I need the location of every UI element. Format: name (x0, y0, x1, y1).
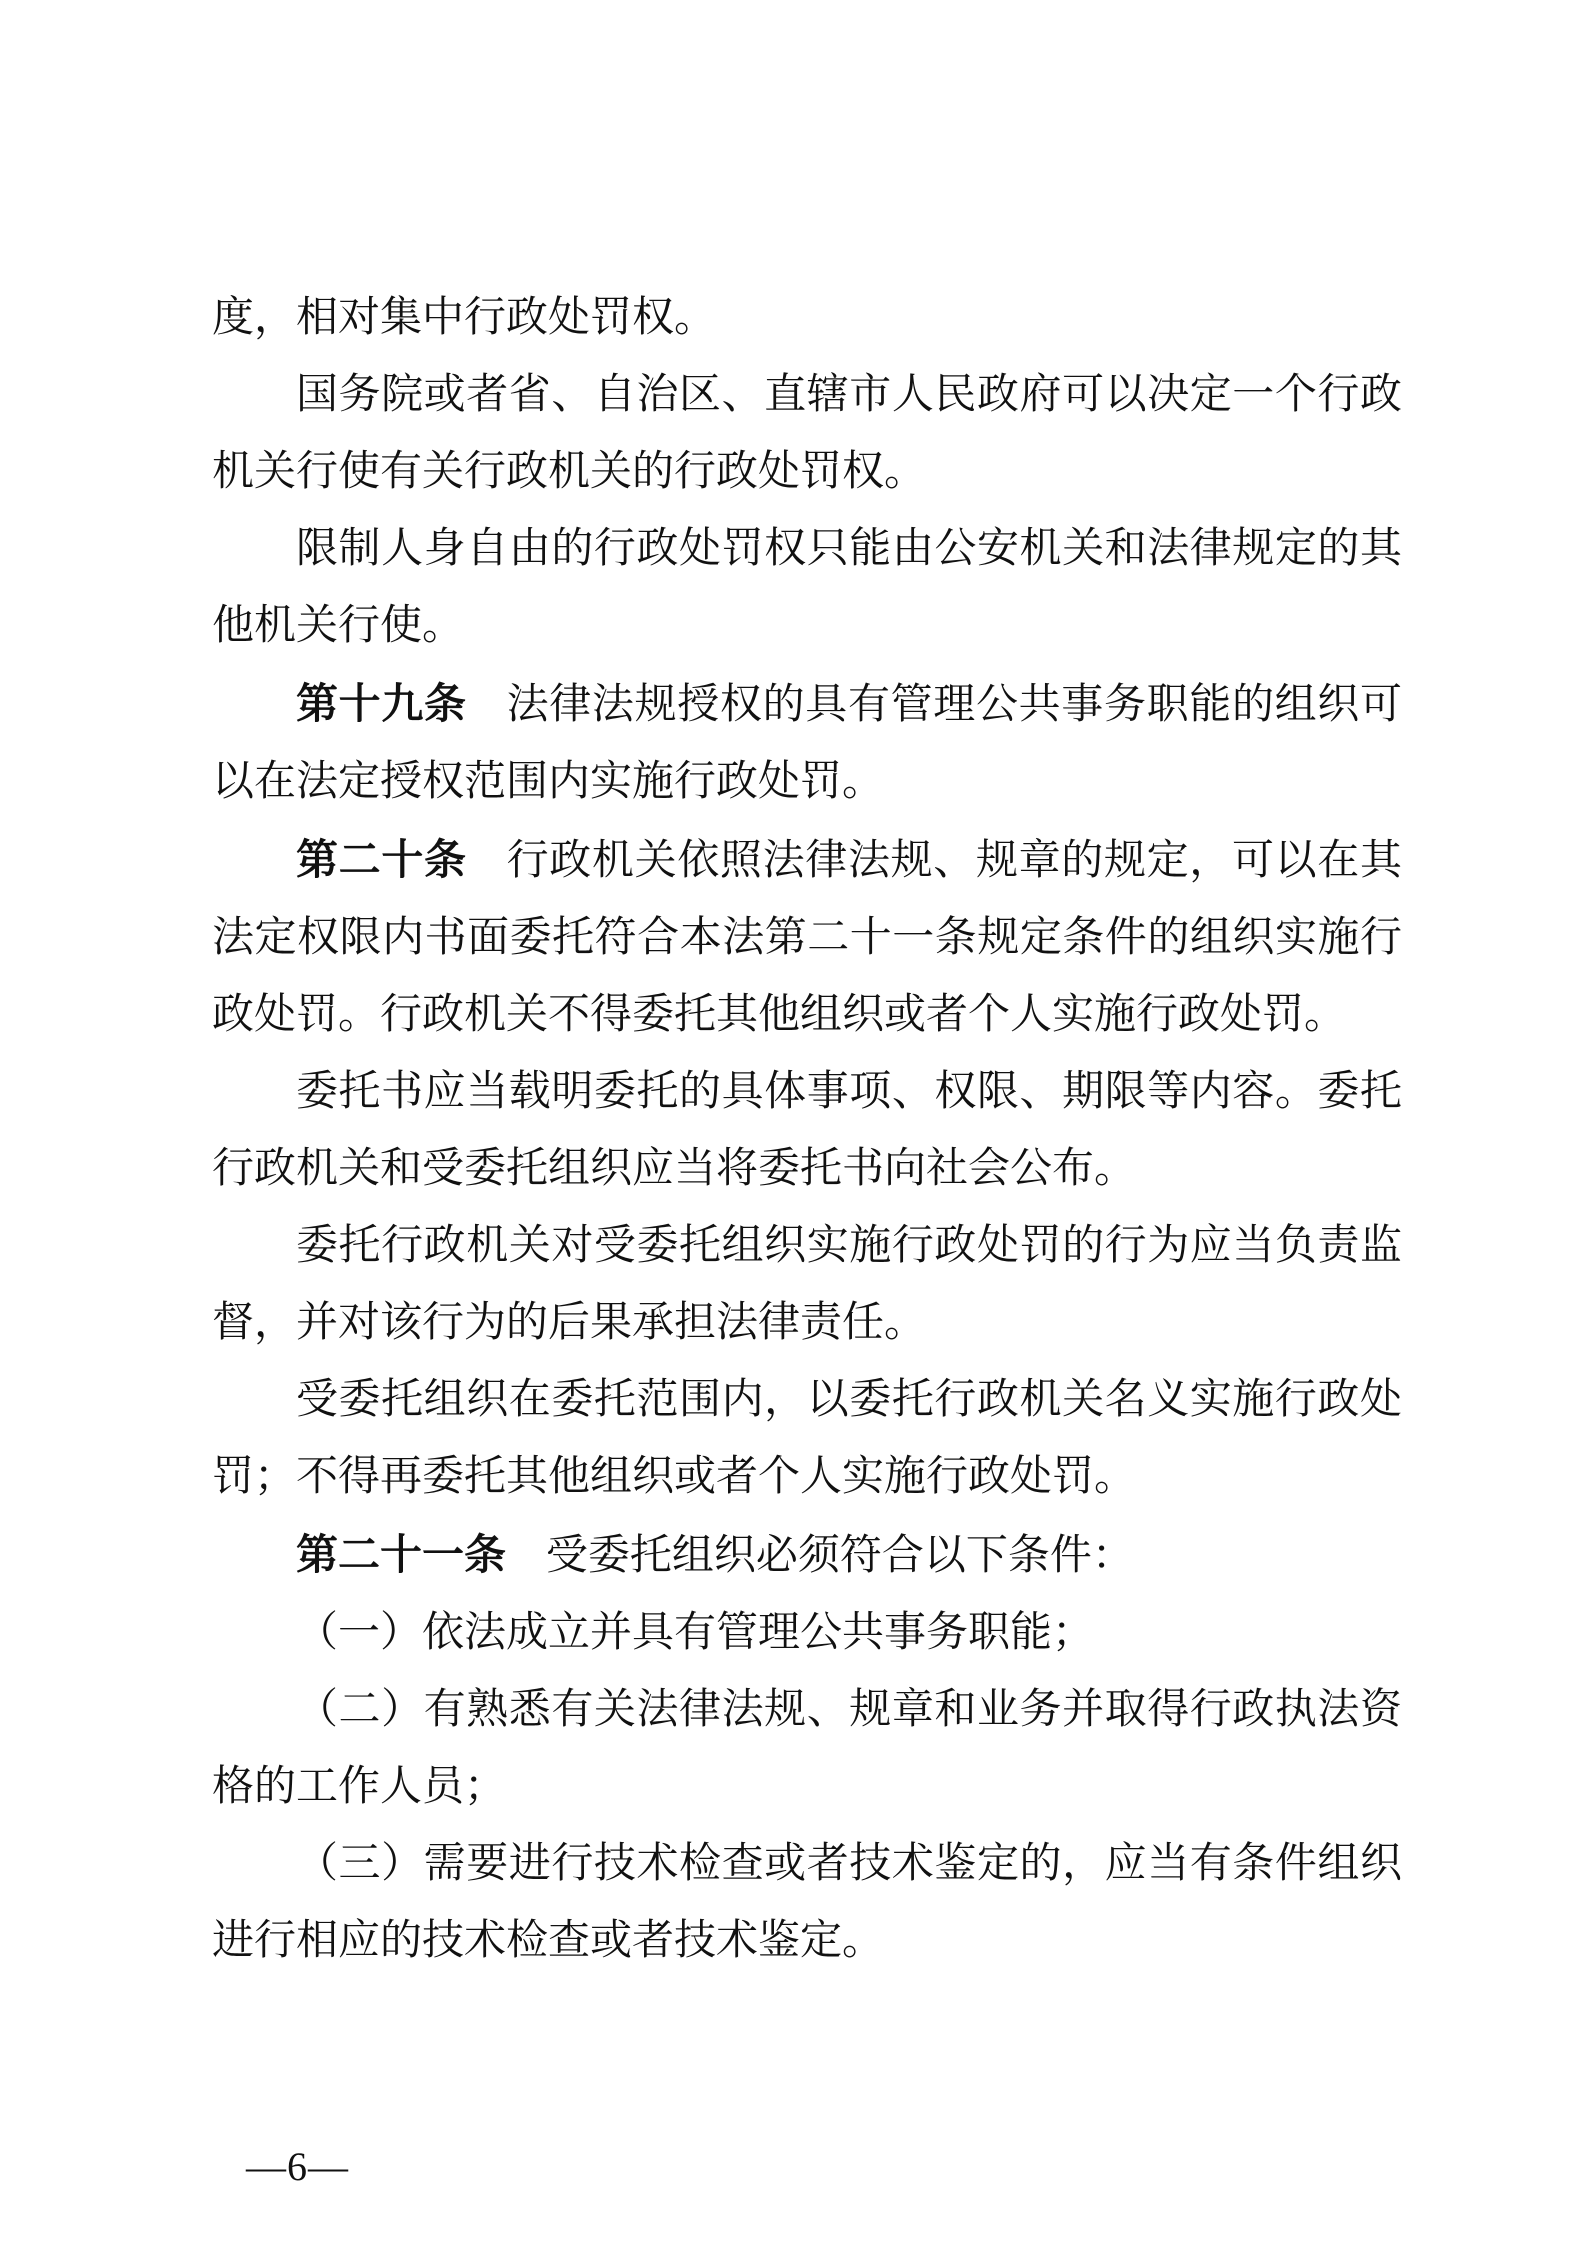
paragraph-article-19: 第十九条法律法规授权的具有管理公共事务职能的组织可以在法定授权范围内实施行政处罚… (212, 665, 1402, 821)
paragraph-text: （一）依法成立并具有管理公共事务职能； (296, 1610, 1094, 1656)
paragraph-text: （三）需要进行技术检查或者技术鉴定的，应当有条件组织进行相应的技术检查或者技术鉴… (212, 1841, 1402, 1964)
paragraph: 国务院或者省、自治区、直辖市人民政府可以决定一个行政机关行使有关行政机关的行政处… (212, 357, 1402, 511)
paragraph-list-item-3: （三）需要进行技术检查或者技术鉴定的，应当有条件组织进行相应的技术检查或者技术鉴… (212, 1826, 1402, 1980)
article-number: 第二十条 (296, 836, 467, 883)
article-number: 第十九条 (296, 680, 467, 727)
paragraph-list-item-2: （二）有熟悉有关法律法规、规章和业务并取得行政执法资格的工作人员； (212, 1672, 1402, 1826)
document-page: 度，相对集中行政处罚权。 国务院或者省、自治区、直辖市人民政府可以决定一个行政机… (0, 0, 1587, 2245)
paragraph: 受委托组织在委托范围内，以委托行政机关名义实施行政处罚；不得再委托其他组织或者个… (212, 1362, 1402, 1516)
document-body: 度，相对集中行政处罚权。 国务院或者省、自治区、直辖市人民政府可以决定一个行政机… (212, 280, 1402, 1980)
page-footer: —6— (246, 2137, 349, 2197)
paragraph-article-20: 第二十条行政机关依照法律法规、规章的规定，可以在其法定权限内书面委托符合本法第二… (212, 821, 1402, 1054)
paragraph-text: 受委托组织在委托范围内，以委托行政机关名义实施行政处罚；不得再委托其他组织或者个… (212, 1377, 1402, 1500)
paragraph-article-21: 第二十一条受委托组织必须符合以下条件： (212, 1516, 1402, 1595)
paragraph-text: 委托行政机关对受委托组织实施行政处罚的行为应当负责监督，并对该行为的后果承担法律… (212, 1223, 1402, 1346)
article-number: 第二十一条 (296, 1531, 506, 1578)
paragraph-text: 受委托组织必须符合以下条件： (546, 1533, 1134, 1579)
paragraph: 限制人身自由的行政处罚权只能由公安机关和法律规定的其他机关行使。 (212, 511, 1402, 665)
paragraph-text: 委托书应当载明委托的具体事项、权限、期限等内容。委托行政机关和受委托组织应当将委… (212, 1069, 1402, 1192)
paragraph-text: 国务院或者省、自治区、直辖市人民政府可以决定一个行政机关行使有关行政机关的行政处… (212, 372, 1402, 495)
paragraph: 度，相对集中行政处罚权。 (212, 280, 1402, 357)
page-number: —6— (246, 2144, 349, 2189)
paragraph-text: 度，相对集中行政处罚权。 (212, 295, 716, 341)
paragraph-list-item-1: （一）依法成立并具有管理公共事务职能； (212, 1595, 1402, 1672)
paragraph: 委托书应当载明委托的具体事项、权限、期限等内容。委托行政机关和受委托组织应当将委… (212, 1054, 1402, 1208)
paragraph: 委托行政机关对受委托组织实施行政处罚的行为应当负责监督，并对该行为的后果承担法律… (212, 1208, 1402, 1362)
paragraph-text: （二）有熟悉有关法律法规、规章和业务并取得行政执法资格的工作人员； (212, 1687, 1402, 1810)
paragraph-text: 限制人身自由的行政处罚权只能由公安机关和法律规定的其他机关行使。 (212, 526, 1402, 649)
